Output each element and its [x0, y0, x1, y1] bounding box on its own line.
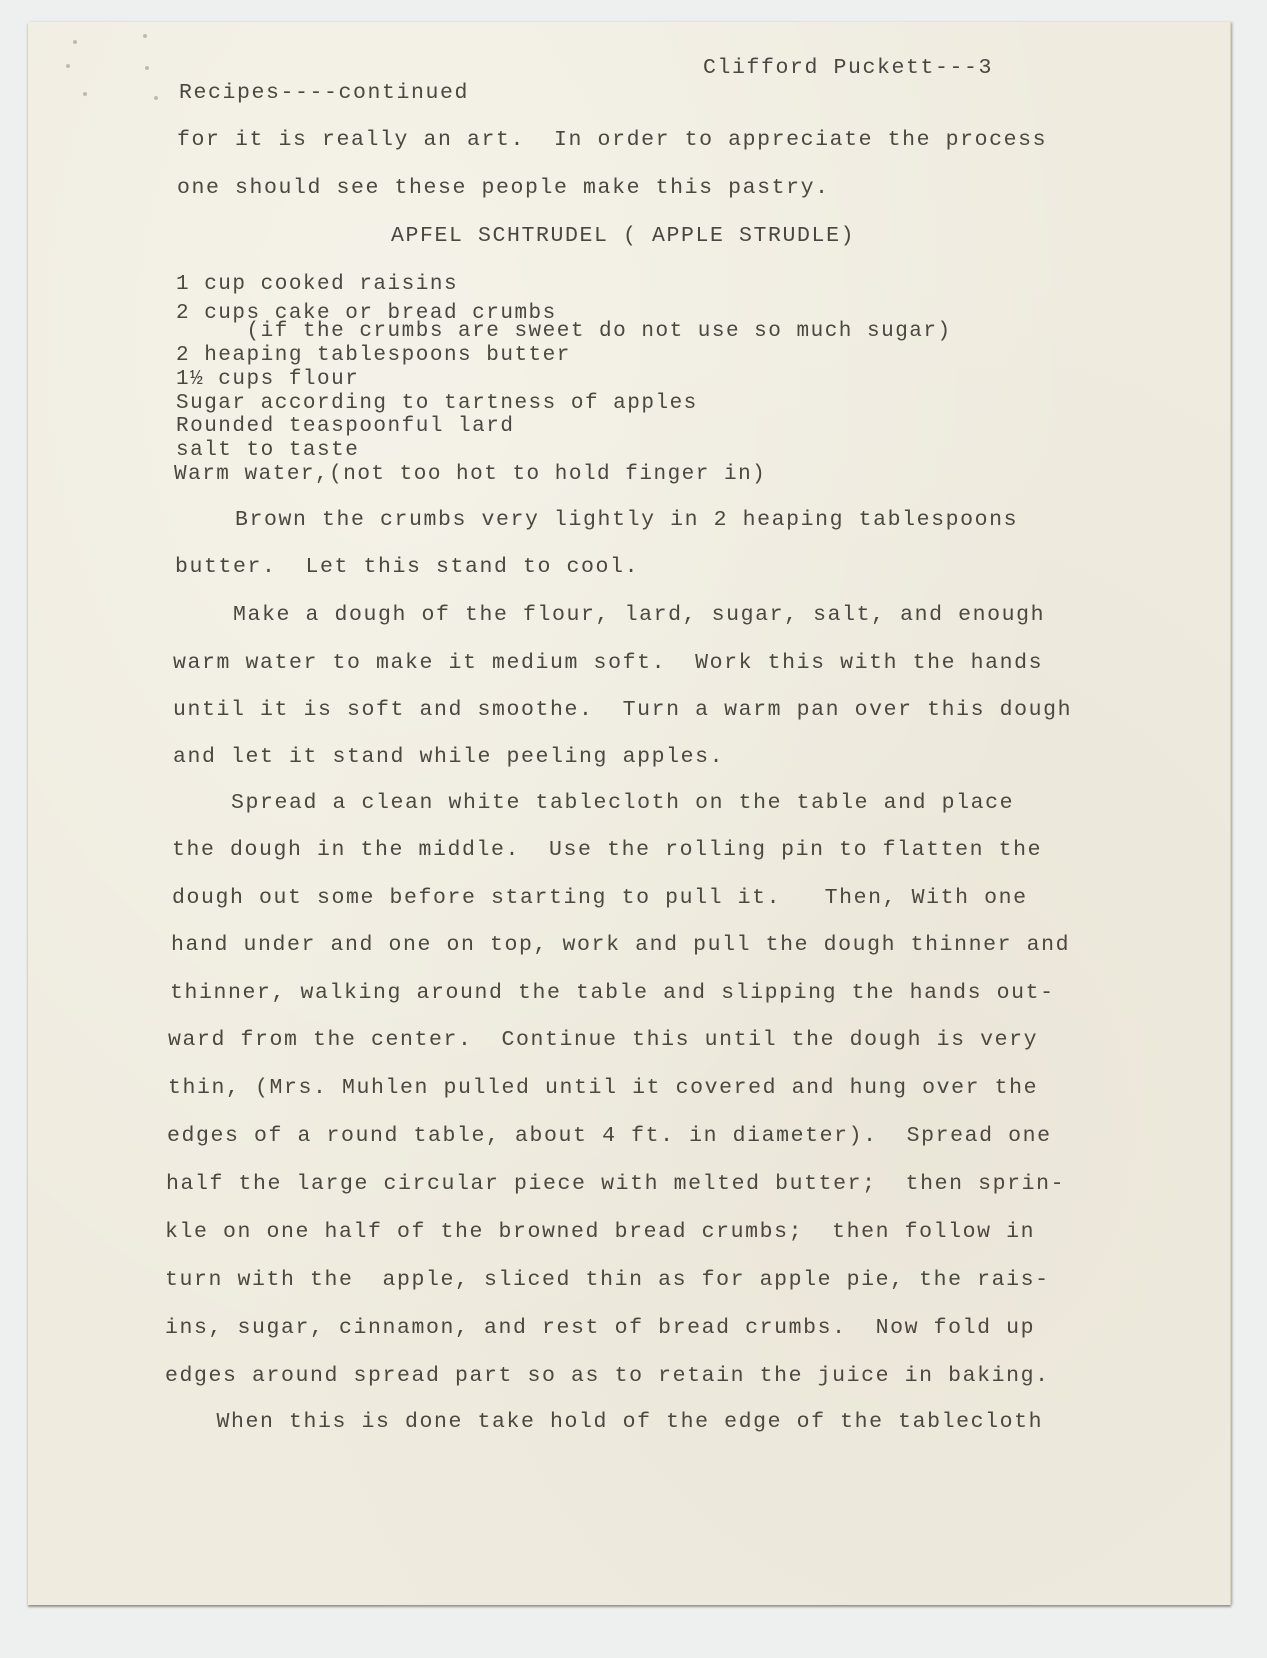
intro-line: one should see these people make this pa… — [177, 178, 830, 200]
instruction-line: warm water to make it medium soft. Work … — [173, 653, 1043, 675]
intro-line: for it is really an art. In order to app… — [177, 130, 1047, 152]
instruction-line: kle on one half of the browned bread cru… — [165, 1222, 1035, 1244]
punch-mark — [83, 92, 87, 96]
instruction-line: thin, (Mrs. Muhlen pulled until it cover… — [168, 1078, 1038, 1100]
punch-mark — [66, 64, 70, 68]
punch-mark — [154, 96, 158, 100]
ingredient-item: Rounded teaspoonful lard — [176, 416, 514, 437]
ingredient-item: 1 cup cooked raisins — [176, 274, 458, 295]
punch-mark — [143, 34, 147, 38]
ingredient-item: salt to taste — [176, 440, 359, 461]
instruction-line: thinner, walking around the table and sl… — [170, 983, 1055, 1005]
page-header-author: Clifford Puckett---3 — [703, 58, 993, 80]
page-header-section: Recipes----continued — [179, 83, 469, 105]
instruction-line: and let it stand while peeling apples. — [173, 747, 724, 769]
instruction-line: butter. Let this stand to cool. — [175, 557, 639, 579]
punch-mark — [73, 40, 77, 44]
instruction-line: Brown the crumbs very lightly in 2 heapi… — [177, 510, 1018, 532]
instruction-line: until it is soft and smoothe. Turn a war… — [173, 700, 1072, 722]
ingredient-item: (if the crumbs are sweet do not use so m… — [176, 321, 952, 342]
instruction-line: When this is done take hold of the edge … — [173, 1412, 1043, 1434]
instruction-line: dough out some before starting to pull i… — [172, 888, 1028, 910]
instruction-line: turn with the apple, sliced thin as for … — [165, 1270, 1050, 1292]
instruction-line: Spread a clean white tablecloth on the t… — [173, 793, 1014, 815]
instruction-line: the dough in the middle. Use the rolling… — [172, 840, 1042, 862]
ingredient-item: Warm water,(not too hot to hold finger i… — [174, 464, 766, 485]
instruction-line: ward from the center. Continue this unti… — [168, 1030, 1038, 1052]
ingredient-item: Sugar according to tartness of apples — [176, 393, 698, 414]
instruction-line: edges around spread part so as to retain… — [165, 1366, 1050, 1388]
instruction-line: hand under and one on top, work and pull… — [171, 935, 1070, 957]
instruction-line: half the large circular piece with melte… — [166, 1174, 1065, 1196]
recipe-title: APFEL SCHTRUDEL ( APPLE STRUDLE) — [391, 226, 855, 248]
instruction-line: ins, sugar, cinnamon, and rest of bread … — [165, 1318, 1035, 1340]
instruction-line: edges of a round table, about 4 ft. in d… — [167, 1126, 1052, 1148]
punch-mark — [145, 66, 149, 70]
instruction-line: Make a dough of the flour, lard, sugar, … — [175, 605, 1045, 627]
ingredient-item: 1½ cups flour — [176, 369, 359, 390]
ingredient-item: 2 heaping tablespoons butter — [176, 345, 571, 366]
